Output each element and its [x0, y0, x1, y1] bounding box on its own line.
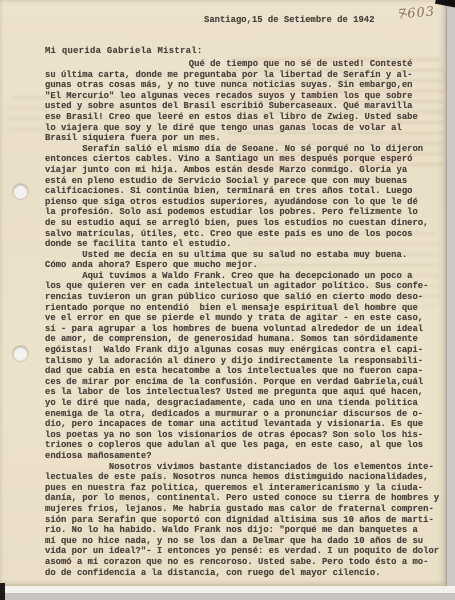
text-line: rencias tuvieron un gran público curioso…	[45, 292, 439, 303]
text-line: do de confidencia a la distancia, con ru…	[45, 568, 439, 579]
text-line: endiosa mañosamente?	[45, 451, 439, 462]
text-line: "El Mercurio" leo algunas veces recados …	[45, 91, 439, 102]
text-line: ces de mirar por encima de la confusión.…	[45, 377, 439, 388]
text-line: de su estudio aquí se arregló bien, pues…	[45, 218, 439, 229]
text-line: egóistas! Waldo Frank dijo algunas cosas…	[45, 345, 439, 356]
text-line: lo viajera que soy y le diré que tengo u…	[45, 123, 439, 134]
text-line: vida por un ideal?"- I entonces yo pensé…	[45, 546, 439, 557]
text-line: la profesión. Solo así podemos estudiar …	[45, 207, 439, 218]
date-line: Santiago,15 de Setiembre de 1942	[204, 15, 374, 25]
letter-body: Qué de tiempo que no sé de usted! Contes…	[45, 59, 439, 578]
text-line: mujeres frios, lejanos. Me habria gustad…	[45, 504, 439, 515]
text-line: Usted me decía en su ultima que su salud…	[45, 250, 439, 261]
text-line: Brasil siquiera fuera por un mes.	[45, 133, 439, 144]
text-line: triones o copleros que adulan al que les…	[45, 440, 439, 451]
text-line: ve el error en que se pierde el mundo y …	[45, 313, 439, 324]
text-line: mí que no hice nada, y no se los dan a D…	[45, 536, 439, 547]
text-line: es la labor de los intelectuales? Usted …	[45, 387, 439, 398]
text-line: asomó a mi corazon que no es rencoroso. …	[45, 557, 439, 568]
text-line: Serafín salió el mismo día de Seoane. No…	[45, 144, 439, 155]
text-line: donde se facilita tanto el estudio.	[45, 239, 439, 250]
text-line: Nosotros vivimos bastante distanciados d…	[45, 462, 439, 473]
punch-hole-top	[13, 184, 28, 199]
salutation: Mi querida Gabriela Mistral:	[45, 46, 203, 56]
text-line: enemiga de la otra, dedicados a murmurar…	[45, 409, 439, 420]
letter-page: Santiago,15 de Setiembre de 1942 Mi quer…	[0, 0, 446, 586]
scan-backdrop: Santiago,15 de Setiembre de 1942 Mi quer…	[0, 0, 455, 600]
text-line: los poetas ya no son los visionarios de …	[45, 430, 439, 441]
text-line: rio. No lo ha habido. Waldo Frank nos di…	[45, 525, 439, 536]
text-line: sí - para agrupar a los hombres de buena…	[45, 324, 439, 335]
text-line: está en pleno estudio de Servicio Social…	[45, 176, 439, 187]
text-line: gunas otras cosas más, y no tuve nunca n…	[45, 80, 439, 91]
scan-edge-bottom-highlight	[0, 586, 455, 593]
paragraph: Aqui tuvimos a Waldo Frank. Creo que ha …	[45, 271, 439, 462]
text-line: su última carta, donde me preguntaba por…	[45, 70, 439, 81]
scan-edge-bottom	[0, 593, 455, 600]
text-line: los que quieren ver en cada intelectual …	[45, 281, 439, 292]
text-line: viajar junto con mi hija. Ambos están de…	[45, 165, 439, 176]
text-line: rientado porque no entendió bien el mens…	[45, 303, 439, 314]
paragraph: Qué de tiempo que no sé de usted! Contes…	[45, 59, 439, 144]
text-line: entonces ciertos cables. Vino a Santiago…	[45, 154, 439, 165]
text-line: dio, pero incapaces de tomar una actitud…	[45, 419, 439, 430]
text-line: Qué de tiempo que no sé de usted! Contes…	[45, 59, 439, 70]
scan-edge-right	[446, 0, 455, 600]
text-line: pienso que siga otros estudios superiore…	[45, 197, 439, 208]
text-line: sión para Serafin que soportó con dignid…	[45, 515, 439, 526]
text-line: dad que cabía en esta hecatombe a los in…	[45, 366, 439, 377]
text-line: lectuales de este país. Nosotros nunca h…	[45, 472, 439, 483]
text-line: talismo y la adoración al dinero y dijo …	[45, 356, 439, 367]
text-line: salvo matrículas, útiles, etc. Creo que …	[45, 229, 439, 240]
text-line: usted y sobre asuntos del Brasil escribi…	[45, 101, 439, 112]
punch-hole-bottom	[13, 346, 28, 361]
text-line: calificaciones. Si continúa bien, termin…	[45, 186, 439, 197]
text-line: danía, por lo menos, continental. Pero u…	[45, 493, 439, 504]
paragraph: Usted me decía en su ultima que su salud…	[45, 250, 439, 271]
text-line: yo le diré que nada, desgraciadamente, c…	[45, 398, 439, 409]
paragraph: Nosotros vivimos bastante distanciados d…	[45, 462, 439, 579]
text-line: pues en nuestra faz politica, queremos e…	[45, 483, 439, 494]
text-line: ese Brasil! Creo que leeré en estos dias…	[45, 112, 439, 123]
corner-mark-bottom-left	[0, 583, 5, 600]
text-line: Aqui tuvimos a Waldo Frank. Creo que ha …	[45, 271, 439, 282]
text-line: de amor, de comprension, de generosidad …	[45, 334, 439, 345]
text-line: Cómo anda ahora? Espero que mucho mejor.	[45, 260, 439, 271]
paragraph: Serafín salió el mismo día de Seoane. No…	[45, 144, 439, 250]
